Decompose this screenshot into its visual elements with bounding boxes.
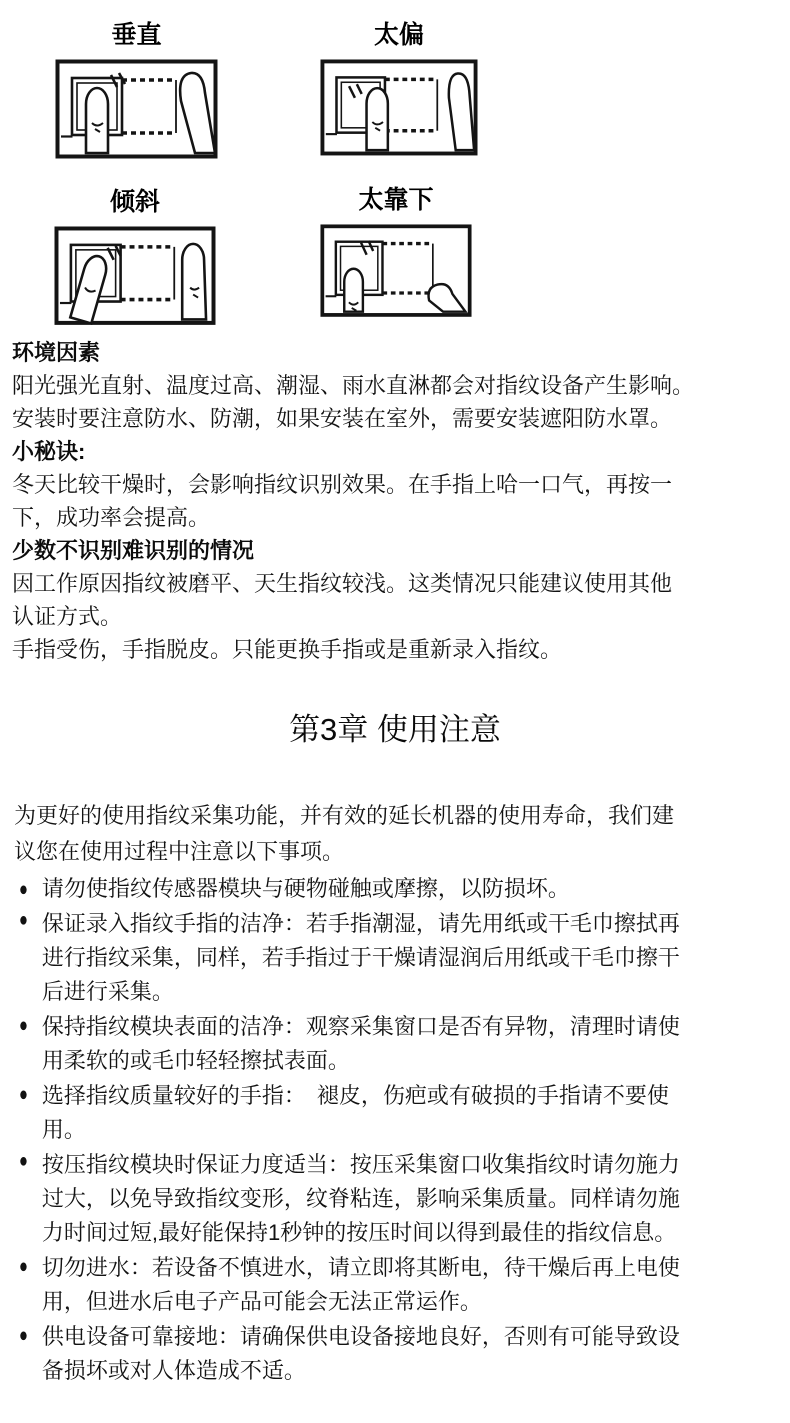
shine-mark [108,246,121,260]
list-item: ● 保持指纹模块表面的洁净：观察采集窗口是否有异物，清理时请使 用柔软的或毛巾轻… [18,1010,775,1078]
manual-page: 垂直 太偏 [0,0,790,1423]
figure-tilted: 倾斜 [54,187,216,325]
finger-front [367,88,388,150]
chapter-intro-paragraph: 为更好的使用指纹采集功能，并有效的延长机器的使用寿命，我们建 议您在使用过程中注… [14,798,764,870]
shine-mark [349,84,362,98]
env-factors-paragraph: 阳光强光直射、温度过高、潮湿、雨水直淋都会对指纹设备产生影响。 安装时要注意防水… [12,369,757,435]
list-item: ● 切勿进水：若设备不慎进水，请立即将其断电，待干燥后再上电使 用，但进水后电子… [18,1251,775,1319]
bullet-icon: ● [19,1247,28,1323]
bullet-icon: ● [19,1141,28,1255]
list-item: ● 保证录入指纹手指的洁净：若手指潮湿，请先用纸或干毛巾擦拭再 进行指纹采集，同… [18,907,775,1009]
tip-paragraph: 冬天比较干燥时，会影响指纹识别效果。在手指上哈一口气，再按一 下，成功率会提高。 [12,468,757,534]
injured-finger-paragraph: 手指受伤，手指脱皮。只能更换手指或是重新录入指纹。 [12,633,757,666]
finger-side [429,284,466,312]
hard-to-recognize-heading: 少数不识别难识别的情况 [12,534,757,567]
hard-to-recognize-paragraph: 因工作原因指纹被磨平、天生指纹较浅。这类情况只能建议使用其他 认证方式。 [12,567,757,633]
list-item: ● 按压指纹模块时保证力度适当：按压采集窗口收集指纹时请勿施力 过大，以免导致指… [18,1148,775,1250]
figure-too-low: 太靠下 [320,185,472,317]
precaution-text: 切勿进水：若设备不慎进水，请立即将其断电，待干燥后再上电使 用，但进水后电子产品… [42,1251,680,1319]
list-item: ● 请勿使指纹传感器模块与硬物碰触或摩擦，以防损坏。 [18,872,775,906]
figure-too-offset: 太偏 [320,20,478,156]
figure-tilted-label: 倾斜 [54,187,216,217]
usage-notes-section: 环境因素 阳光强光直射、温度过高、潮湿、雨水直淋都会对指纹设备产生影响。 安装时… [12,336,757,666]
figure-correct-vertical: 垂直 [55,20,218,159]
list-item: ● 选择指纹质量较好的手指： 褪皮，伤疤或有破损的手指请不要使 用。 [18,1079,775,1147]
bullet-icon: ● [19,900,28,1014]
tip-heading: 小秘诀: [12,435,757,468]
precaution-text: 选择指纹质量较好的手指： 褪皮，伤疤或有破损的手指请不要使 用。 [42,1079,669,1147]
figure-too-low-label: 太靠下 [320,185,472,215]
figure-vertical-label: 垂直 [55,20,218,50]
precaution-text: 保证录入指纹手指的洁净：若手指潮湿，请先用纸或干毛巾擦拭再 进行指纹采集，同样，… [42,907,680,1009]
env-factors-heading: 环境因素 [12,336,757,369]
figure-offset-label: 太偏 [320,20,478,50]
precaution-text: 请勿使指纹传感器模块与硬物碰触或摩擦，以防损坏。 [42,872,570,906]
bullet-icon: ● [19,1006,28,1082]
bullet-icon: ● [19,1316,28,1392]
precautions-list: ● 请勿使指纹传感器模块与硬物碰触或摩擦，以防损坏。 ● 保证录入指纹手指的洁净… [18,872,775,1389]
chapter-title: 第3章 使用注意 [0,704,790,749]
precaution-text: 保持指纹模块表面的洁净：观察采集窗口是否有异物，清理时请使 用柔软的或毛巾轻轻擦… [42,1010,680,1078]
finger-placement-too-low-diagram [320,224,472,317]
precaution-text: 按压指纹模块时保证力度适当：按压采集窗口收集指纹时请勿施力 过大，以免导致指纹变… [42,1148,680,1250]
bullet-icon: ● [19,1075,28,1151]
finger-side [180,73,215,153]
finger-side [449,73,474,150]
finger-placement-tilted-diagram [54,226,216,325]
list-item: ● 供电设备可靠接地：请确保供电设备接地良好，否则有可能导致设 备损坏或对人体造… [18,1320,775,1388]
finger-front [86,88,108,153]
finger-placement-vertical-diagram [55,59,218,159]
precaution-text: 供电设备可靠接地：请确保供电设备接地良好，否则有可能导致设 备损坏或对人体造成不… [42,1320,680,1388]
finger-placement-offset-diagram [320,59,478,156]
finger-side [182,244,206,320]
